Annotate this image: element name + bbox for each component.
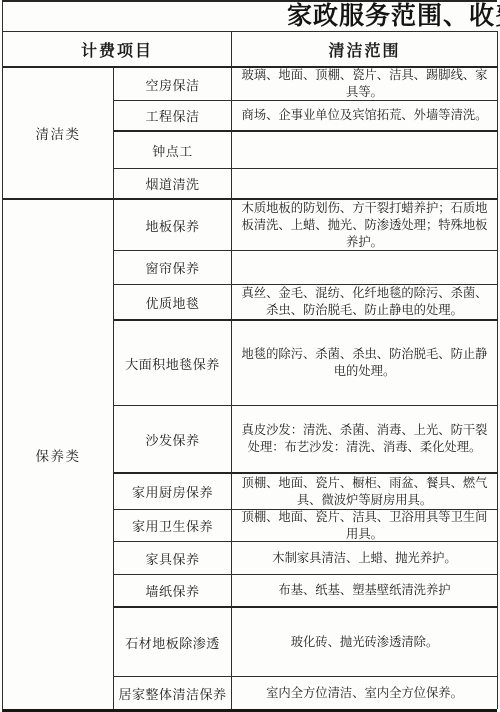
column-header-billing-items: 计费项目 [3,32,232,68]
desc-whole-home-cleaning: 室内全方位清洁、室内全方位保养。 [232,677,498,709]
desc-empty-room-cleaning: 玻璃、地面、顶棚、瓷片、洁具、踢脚线、家具等。 [232,68,498,101]
desc-furniture-maintenance: 木制家具清洁、上蜡、抛光养护。 [232,542,498,575]
desc-bathroom-maintenance: 顶棚、地面、瓷片、洁具、卫浴用具等卫生间用具。 [232,510,498,542]
item-furniture-maintenance: 家具保养 [114,542,232,575]
document-page: 家政服务范围、收费 计费项目 清洁范围 清洁类 保养类 空房保洁 玻璃、地面、顶… [0,0,500,712]
item-large-area-carpet: 大面积地毯保养 [114,321,232,406]
desc-wallpaper-maintenance: 布基、纸基、塑基壁纸清洗养护 [232,575,498,608]
item-wallpaper-maintenance: 墙纸保养 [114,575,232,608]
document-title: 家政服务范围、收费 [3,2,500,31]
desc-sofa-maintenance: 真皮沙发：清洗、杀菌、消毒、上光、防干裂处理：布艺沙发：清洗、消毒、柔化处理。 [232,406,498,474]
item-premium-carpet: 优质地毯 [114,285,232,321]
desc-hourly-worker [232,132,498,169]
service-pricing-table: 家政服务范围、收费 计费项目 清洁范围 清洁类 保养类 空房保洁 玻璃、地面、顶… [2,0,497,712]
desc-curtain-maintenance [232,251,498,285]
desc-kitchen-maintenance: 顶棚、地面、瓷片、橱柜、雨盆、餐具、燃气具、微波炉等厨房用具。 [232,474,498,510]
item-project-cleaning: 工程保洁 [114,101,232,132]
item-empty-room-cleaning: 空房保洁 [114,68,232,101]
item-sofa-maintenance: 沙发保养 [114,406,232,474]
item-stone-floor-seepage: 石材地板除渗透 [114,608,232,677]
item-bathroom-maintenance: 家用卫生保养 [114,510,232,542]
desc-stone-floor-seepage: 玻化砖、抛光砖渗透清除。 [232,608,498,677]
desc-large-area-carpet: 地毯的除污、杀菌、杀虫、防治脱毛、防止静电的处理。 [232,321,498,406]
item-curtain-maintenance: 窗帘保养 [114,251,232,285]
desc-floor-maintenance: 木质地板的防划伤、方干裂打蜡养护；石质地板清洗、上蜡、抛光、防渗透处理；特殊地板… [232,200,498,251]
item-floor-maintenance: 地板保养 [114,200,232,251]
category-label-cleaning: 清洁类 [3,68,114,200]
column-header-cleaning-scope: 清洁范围 [232,32,498,68]
desc-flue-cleaning [232,169,498,200]
title-row: 家政服务范围、收费 [3,2,498,32]
desc-project-cleaning: 商场、企事业单位及宾馆拓荒、外墙等清洗。 [232,101,498,132]
item-kitchen-maintenance: 家用厨房保养 [114,474,232,510]
desc-premium-carpet: 真丝、金毛、混纺、化纤地毯的除污、杀菌、杀虫、防治脱毛、防止静电的处理。 [232,285,498,321]
item-whole-home-cleaning: 居家整体清洁保养 [114,677,232,709]
category-label-maintenance: 保养类 [3,200,114,709]
item-flue-cleaning: 烟道清洗 [114,169,232,200]
item-hourly-worker: 钟点工 [114,132,232,169]
